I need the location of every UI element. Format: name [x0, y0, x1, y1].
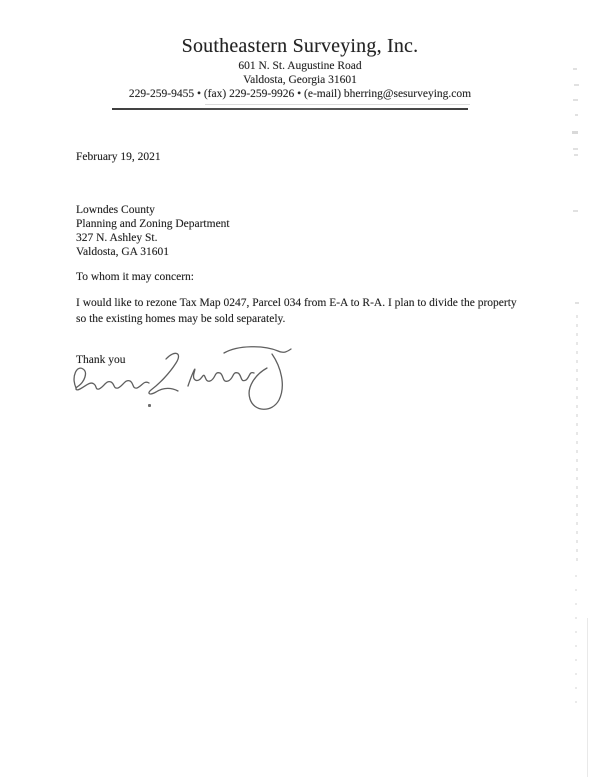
scan-artifact-dashes [575, 575, 577, 705]
signature-handwriting [66, 344, 306, 418]
letterhead: Southeastern Surveying, Inc. 601 N. St. … [0, 33, 600, 101]
letterhead-address-line1: 601 N. St. Augustine Road [0, 59, 600, 73]
recipient-line-department: Planning and Zoning Department [76, 217, 230, 231]
scan-artifact [573, 99, 578, 101]
scan-artifact [575, 114, 578, 116]
signature-svg [66, 344, 306, 418]
letter-date: February 19, 2021 [76, 150, 161, 164]
ink-dot [148, 404, 151, 407]
divider-rule [112, 108, 468, 110]
scan-artifact-line [587, 618, 588, 777]
scan-artifact [572, 131, 578, 134]
letterhead-address-line2: Valdosta, Georgia 31601 [0, 73, 600, 87]
recipient-block: Lowndes County Planning and Zoning Depar… [76, 203, 230, 259]
scan-artifact [573, 68, 577, 70]
scanned-letter-page: Southeastern Surveying, Inc. 601 N. St. … [0, 0, 600, 777]
body-line: I would like to rezone Tax Map 0247, Par… [76, 296, 528, 312]
salutation: To whom it may concern: [76, 270, 194, 284]
recipient-line-city: Valdosta, GA 31601 [76, 245, 230, 259]
scan-artifact [574, 84, 579, 86]
letterhead-contact-line: 229-259-9455 • (fax) 229-259-9926 • (e-m… [0, 87, 600, 101]
divider-rule-echo [205, 104, 470, 105]
letter-body: I would like to rezone Tax Map 0247, Par… [76, 296, 528, 327]
recipient-line-street: 327 N. Ashley St. [76, 231, 230, 245]
scan-artifact [575, 302, 579, 304]
scan-artifact [573, 148, 578, 150]
company-name: Southeastern Surveying, Inc. [0, 33, 600, 59]
scan-artifact [573, 210, 578, 212]
scan-artifact [574, 154, 578, 156]
body-line: so the existing homes may be sold separa… [76, 312, 528, 328]
scan-artifact-dashes [576, 315, 578, 565]
recipient-line-name: Lowndes County [76, 203, 230, 217]
